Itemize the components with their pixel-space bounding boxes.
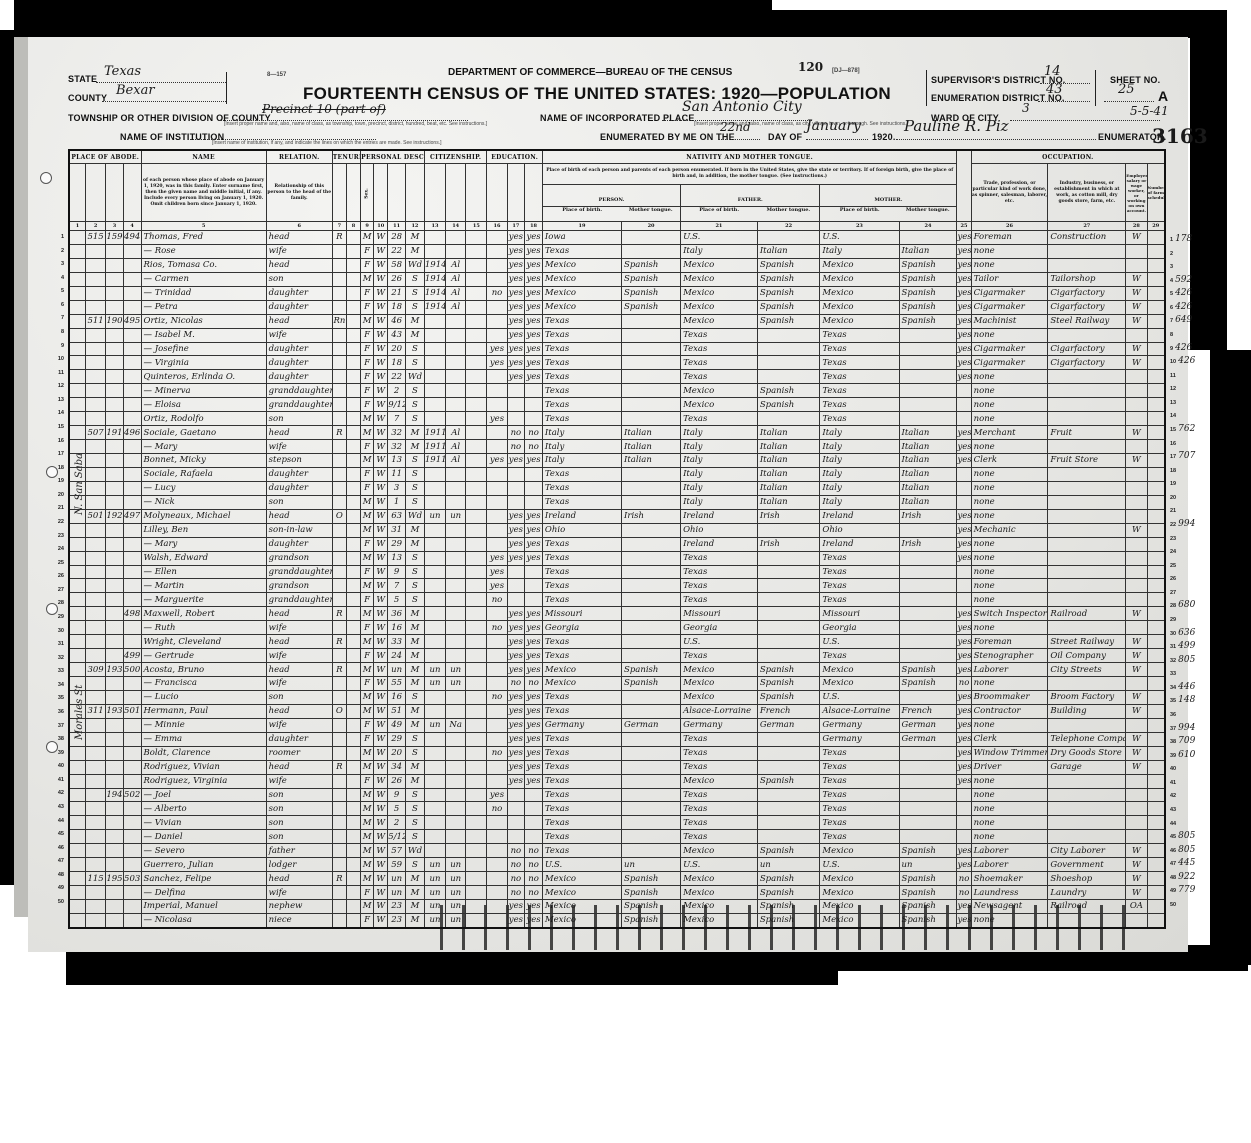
father-tongue-cell xyxy=(757,830,820,844)
naturalization-year-cell xyxy=(466,704,487,718)
father-birthplace-cell: Ireland xyxy=(681,537,758,551)
speaks-english-cell: yes xyxy=(957,231,971,245)
line-number-right: 47445 xyxy=(1170,858,1195,868)
trade-cell: none xyxy=(971,621,1048,635)
house-number-cell xyxy=(86,300,106,314)
tenure-cell: Rn xyxy=(332,314,346,328)
department-title: DEPARTMENT OF COMMERCE—BUREAU OF THE CEN… xyxy=(448,67,732,78)
color-cell: W xyxy=(374,454,388,468)
employer-class-cell xyxy=(1126,440,1147,454)
header-father: FATHER. xyxy=(681,194,819,207)
family-number-cell xyxy=(123,440,141,454)
empty-cell xyxy=(346,704,360,718)
immigration-year-cell: 1914 xyxy=(424,258,445,272)
attended-school-cell: yes xyxy=(487,565,507,579)
line-number-right: 32805 xyxy=(1170,655,1195,665)
person-name-cell: — Severo xyxy=(141,844,266,858)
trade-cell: none xyxy=(971,509,1048,523)
industry-cell xyxy=(1048,788,1126,802)
immigration-year-cell xyxy=(424,551,445,565)
empty-cell xyxy=(1147,621,1165,635)
sex-cell: F xyxy=(361,886,374,900)
speaks-english-cell xyxy=(957,593,971,607)
mother-birthplace-cell: Georgia xyxy=(820,621,899,635)
age-cell: 23 xyxy=(388,913,406,927)
industry-cell: Fruit xyxy=(1048,426,1126,440)
trade-cell: none xyxy=(971,398,1048,412)
relation-cell: head xyxy=(266,314,332,328)
color-cell: W xyxy=(374,244,388,258)
birthplace-cell: Mexico xyxy=(542,272,621,286)
naturalization-year-cell xyxy=(466,746,487,760)
age-cell: 5 xyxy=(388,593,406,607)
employer-class-cell: W xyxy=(1126,663,1147,677)
family-number-cell xyxy=(123,565,141,579)
industry-cell: Fruit Store xyxy=(1048,454,1126,468)
attended-school-cell xyxy=(487,300,507,314)
speaks-english-cell: yes xyxy=(957,760,971,774)
dwelling-number-cell: 192 xyxy=(106,509,124,523)
marital-status-cell: M xyxy=(405,523,424,537)
empty-cell xyxy=(1147,732,1165,746)
father-birthplace-cell: Mexico xyxy=(681,913,758,927)
page-edge-strip xyxy=(14,37,28,917)
person-name-cell: — Emma xyxy=(141,732,266,746)
punch-hole-icon xyxy=(40,172,52,184)
father-tongue-cell: Italian xyxy=(757,440,820,454)
mother-tongue-mother-cell xyxy=(899,774,957,788)
line-number-right-label: 33 xyxy=(1170,671,1176,677)
empty-cell xyxy=(346,286,360,300)
employer-class-cell xyxy=(1126,398,1147,412)
speaks-english-cell: yes xyxy=(957,663,971,677)
marital-status-cell: M xyxy=(405,231,424,245)
trade-cell: none xyxy=(971,802,1048,816)
trade-cell: Tailor xyxy=(971,272,1048,286)
naturalization-year-cell xyxy=(466,231,487,245)
family-number-cell xyxy=(123,300,141,314)
sheet-number-value: 25 xyxy=(1118,82,1135,97)
table-row: — SeverofatherMW57WdnonoTexasMexicoSpani… xyxy=(69,844,1165,858)
birthplace-cell: Mexico xyxy=(542,677,621,691)
line-number-right-label: 27 xyxy=(1170,590,1176,596)
scan-border-top-right xyxy=(772,10,1227,38)
can-write-cell xyxy=(525,593,543,607)
mother-tongue-mother-cell: Italian xyxy=(899,440,957,454)
empty-cell xyxy=(346,886,360,900)
trade-cell: Clerk xyxy=(971,454,1048,468)
mother-tongue-mother-cell xyxy=(899,370,957,384)
empty-cell xyxy=(346,342,360,356)
marital-status-cell: S xyxy=(405,551,424,565)
township-value: Precinct 10 (part of) xyxy=(262,102,386,116)
naturalization-year-cell xyxy=(466,398,487,412)
color-cell: W xyxy=(374,579,388,593)
table-row: — EloisagranddaughterFW9/12STexasMexicoS… xyxy=(69,398,1165,412)
mother-birthplace-cell: Germany xyxy=(820,718,899,732)
speaks-english-cell: yes xyxy=(957,635,971,649)
birthplace-cell: Texas xyxy=(542,328,621,342)
line-number-left: 26 xyxy=(54,573,64,579)
marital-status-cell: Wd xyxy=(405,844,424,858)
house-number-cell xyxy=(86,690,106,704)
mother-tongue-cell xyxy=(622,384,681,398)
industry-cell: Railroad xyxy=(1048,607,1126,621)
line-number-right-label: 12 xyxy=(1170,386,1176,392)
empty-cell xyxy=(1147,900,1165,914)
incorporated-place-value: San Antonio City xyxy=(682,99,802,115)
line-number-right-label: 18 xyxy=(1170,468,1176,474)
trade-cell: none xyxy=(971,788,1048,802)
occupation-code: 592 xyxy=(1175,275,1192,285)
dwelling-number-cell xyxy=(106,328,124,342)
line-number-left: 46 xyxy=(54,845,64,851)
line-number-right: 15762 xyxy=(1170,424,1195,434)
father-birthplace-cell: Italy xyxy=(681,440,758,454)
father-birthplace-cell: Texas xyxy=(681,732,758,746)
empty-cell xyxy=(346,523,360,537)
line-number-right: 34446 xyxy=(1170,682,1195,692)
immigration-year-cell: un xyxy=(424,872,445,886)
birthplace-cell: Texas xyxy=(542,495,621,509)
mother-birthplace-cell: U.S. xyxy=(820,690,899,704)
color-cell: W xyxy=(374,830,388,844)
industry-cell xyxy=(1048,593,1126,607)
can-write-cell xyxy=(525,467,543,481)
person-name-cell: — Delfina xyxy=(141,886,266,900)
relation-cell: wife xyxy=(266,328,332,342)
mother-birthplace-cell: U.S. xyxy=(820,858,899,872)
empty-cell xyxy=(1147,830,1165,844)
marital-status-cell: M xyxy=(405,872,424,886)
industry-cell xyxy=(1048,495,1126,509)
immigration-year-cell: un xyxy=(424,509,445,523)
mother-tongue-cell xyxy=(622,231,681,245)
header-occupation: OCCUPATION. xyxy=(971,150,1165,164)
industry-cell: Cigarfactory xyxy=(1048,286,1126,300)
employer-class-cell xyxy=(1126,537,1147,551)
empty-cell xyxy=(1147,509,1165,523)
relation-cell: wife xyxy=(266,440,332,454)
naturalization-year-cell xyxy=(466,872,487,886)
industry-cell xyxy=(1048,440,1126,454)
can-write-cell: yes xyxy=(525,649,543,663)
father-tongue-cell: Irish xyxy=(757,509,820,523)
relation-cell: head xyxy=(266,663,332,677)
mother-tongue-cell xyxy=(622,830,681,844)
birthplace-cell: Texas xyxy=(542,760,621,774)
attended-school-cell xyxy=(487,537,507,551)
trade-cell: Window Trimmer xyxy=(971,746,1048,760)
mother-tongue-mother-cell: Spanish xyxy=(899,872,957,886)
relation-cell: daughter xyxy=(266,356,332,370)
can-read-cell: yes xyxy=(507,913,525,927)
birthplace-cell: Mexico xyxy=(542,258,621,272)
color-cell: W xyxy=(374,258,388,272)
relation-cell: son xyxy=(266,816,332,830)
tenure-cell xyxy=(332,746,346,760)
industry-cell xyxy=(1048,244,1126,258)
father-tongue-cell: Italian xyxy=(757,454,820,468)
color-cell: W xyxy=(374,607,388,621)
empty-cell xyxy=(1147,454,1165,468)
mother-tongue-mother-cell xyxy=(899,384,957,398)
father-tongue-cell xyxy=(757,649,820,663)
color-cell: W xyxy=(374,495,388,509)
attended-school-cell: no xyxy=(487,690,507,704)
age-cell: 23 xyxy=(388,900,406,914)
father-tongue-cell: Spanish xyxy=(757,258,820,272)
attended-school-cell xyxy=(487,467,507,481)
table-row: — EmmadaughterFW29SyesyesTexasTexasGerma… xyxy=(69,732,1165,746)
house-number-cell xyxy=(86,858,106,872)
relation-cell: head xyxy=(266,426,332,440)
trade-cell: none xyxy=(971,481,1048,495)
industry-cell xyxy=(1048,481,1126,495)
empty-cell xyxy=(1147,802,1165,816)
empty-cell xyxy=(346,788,360,802)
table-row: Rodriguez, VivianheadRMW34MyesyesTexasTe… xyxy=(69,760,1165,774)
mother-tongue-cell: Spanish xyxy=(622,913,681,927)
marital-status-cell: M xyxy=(405,718,424,732)
family-number-cell: 496 xyxy=(123,426,141,440)
person-name-cell: Thomas, Fred xyxy=(141,231,266,245)
color-cell: W xyxy=(374,802,388,816)
column-number: 8 xyxy=(346,222,360,231)
trade-cell: none xyxy=(971,774,1048,788)
line-number-left: 34 xyxy=(54,682,64,688)
line-number-right-label: 10 xyxy=(1170,359,1176,365)
mother-tongue-mother-cell xyxy=(899,342,957,356)
marital-status-cell: S xyxy=(405,732,424,746)
family-number-cell xyxy=(123,816,141,830)
sex-cell: F xyxy=(361,328,374,342)
color-cell: W xyxy=(374,384,388,398)
dj-code: [DJ—878] xyxy=(832,68,860,74)
speaks-english-cell xyxy=(957,467,971,481)
line-number-right: 12 xyxy=(1170,383,1178,393)
can-write-cell: yes xyxy=(525,774,543,788)
father-tongue-cell xyxy=(757,746,820,760)
immigration-year-cell xyxy=(424,398,445,412)
line-number-left: 48 xyxy=(54,872,64,878)
attended-school-cell: yes xyxy=(487,356,507,370)
father-tongue-cell xyxy=(757,635,820,649)
family-number-cell xyxy=(123,258,141,272)
age-cell: 28 xyxy=(388,231,406,245)
immigration-year-cell xyxy=(424,314,445,328)
mother-tongue-mother-cell: Spanish xyxy=(899,272,957,286)
empty-cell xyxy=(346,830,360,844)
age-cell: 49 xyxy=(388,718,406,732)
header-house-number: House number or farm, etc. xyxy=(86,164,106,222)
birthplace-cell: Mexico xyxy=(542,663,621,677)
line-number-right: 21 xyxy=(1170,505,1178,515)
line-number-left: 50 xyxy=(54,899,64,905)
age-cell: 36 xyxy=(388,607,406,621)
birthplace-cell: Texas xyxy=(542,774,621,788)
mother-birthplace-cell: Alsace-Lorraine xyxy=(820,704,899,718)
speaks-english-cell xyxy=(957,398,971,412)
person-name-cell: — Nick xyxy=(141,495,266,509)
naturalized-cell: Al xyxy=(446,426,466,440)
naturalization-year-cell xyxy=(466,244,487,258)
mother-birthplace-cell: Mexico xyxy=(820,900,899,914)
header-mother-group: MOTHER. Place of birth.Mother tongue. xyxy=(820,185,957,222)
column-number: 10 xyxy=(374,222,388,231)
header-father-group: FATHER. Place of birth.Mother tongue. xyxy=(681,185,820,222)
empty-cell xyxy=(69,286,86,300)
trade-cell: none xyxy=(971,328,1048,342)
trade-cell: Driver xyxy=(971,760,1048,774)
family-number-cell xyxy=(123,286,141,300)
empty-cell xyxy=(69,690,86,704)
line-number-right: 24 xyxy=(1170,546,1178,556)
empty-cell xyxy=(69,886,86,900)
empty-cell xyxy=(346,802,360,816)
line-number-left: 31 xyxy=(54,641,64,647)
line-number-left: 45 xyxy=(54,831,64,837)
mother-tongue-mother-cell xyxy=(899,579,957,593)
can-write-cell: yes xyxy=(525,746,543,760)
employer-class-cell xyxy=(1126,621,1147,635)
immigration-year-cell xyxy=(424,802,445,816)
empty-cell xyxy=(69,649,86,663)
line-number-right-label: 28 xyxy=(1170,603,1176,609)
dwelling-number-cell: 195 xyxy=(106,872,124,886)
empty-cell xyxy=(69,718,86,732)
naturalized-cell: un xyxy=(446,900,466,914)
family-number-cell xyxy=(123,690,141,704)
empty-cell xyxy=(1147,356,1165,370)
house-number-cell xyxy=(86,342,106,356)
empty-cell xyxy=(69,593,86,607)
immigration-year-cell xyxy=(424,565,445,579)
line-number-right: 14 xyxy=(1170,410,1178,420)
empty-cell xyxy=(69,328,86,342)
empty-cell xyxy=(1147,467,1165,481)
empty-cell xyxy=(1147,426,1165,440)
color-cell: W xyxy=(374,900,388,914)
house-number-cell xyxy=(86,398,106,412)
birthplace-cell: Texas xyxy=(542,802,621,816)
color-cell: W xyxy=(374,621,388,635)
person-name-cell: — Mary xyxy=(141,537,266,551)
dwelling-number-cell: 190 xyxy=(106,314,124,328)
immigration-year-cell: un xyxy=(424,913,445,927)
line-number-right-label: 7 xyxy=(1170,318,1173,324)
line-number-right: 30636 xyxy=(1170,628,1195,638)
tenure-cell xyxy=(332,593,346,607)
mother-birthplace-cell: Texas xyxy=(820,746,899,760)
trade-cell: Cigarmaker xyxy=(971,286,1048,300)
naturalized-cell: Al xyxy=(446,454,466,468)
employer-class-cell: W xyxy=(1126,454,1147,468)
empty-cell xyxy=(346,746,360,760)
mother-tongue-mother-cell: Italian xyxy=(899,481,957,495)
state-label: STATE xyxy=(68,74,97,84)
can-write-cell: yes xyxy=(525,370,543,384)
trade-cell: none xyxy=(971,593,1048,607)
immigration-year-cell xyxy=(424,649,445,663)
father-birthplace-cell: U.S. xyxy=(681,858,758,872)
can-write-cell: yes xyxy=(525,286,543,300)
immigration-year-cell xyxy=(424,690,445,704)
color-cell: W xyxy=(374,732,388,746)
trade-cell: none xyxy=(971,537,1048,551)
occupation-code: 779 xyxy=(1178,885,1195,895)
naturalization-year-cell xyxy=(466,663,487,677)
birthplace-cell: Italy xyxy=(542,440,621,454)
header-place-of-abode: PLACE OF ABODE. xyxy=(69,150,141,164)
birthplace-cell: Mexico xyxy=(542,286,621,300)
naturalization-year-cell xyxy=(466,913,487,927)
house-number-cell xyxy=(86,328,106,342)
father-tongue-cell xyxy=(757,593,820,607)
color-cell: W xyxy=(374,356,388,370)
immigration-year-cell xyxy=(424,844,445,858)
empty-cell xyxy=(1147,495,1165,509)
sex-cell: F xyxy=(361,732,374,746)
line-number-left: 15 xyxy=(54,424,64,430)
frame-number: 3163 xyxy=(1152,124,1208,148)
can-read-cell: no xyxy=(507,677,525,691)
birthplace-cell: Texas xyxy=(542,816,621,830)
line-number-left: 18 xyxy=(54,465,64,471)
age-cell: 20 xyxy=(388,342,406,356)
family-number-cell: 501 xyxy=(123,704,141,718)
father-tongue-cell: Spanish xyxy=(757,677,820,691)
naturalization-year-cell xyxy=(466,481,487,495)
mother-birthplace-cell: Texas xyxy=(820,593,899,607)
line-number-right: 42 xyxy=(1170,790,1178,800)
family-number-cell xyxy=(123,774,141,788)
relation-cell: daughter xyxy=(266,732,332,746)
mother-tongue-cell: Spanish xyxy=(622,272,681,286)
tenure-cell xyxy=(332,398,346,412)
father-birthplace-cell: Italy xyxy=(681,454,758,468)
can-write-cell xyxy=(525,398,543,412)
person-name-cell: — Francisca xyxy=(141,677,266,691)
birthplace-cell: Texas xyxy=(542,704,621,718)
supervisor-district-value: 14 xyxy=(1044,64,1061,79)
line-number-right-label: 20 xyxy=(1170,495,1176,501)
occupation-code: 994 xyxy=(1178,519,1195,529)
header-employer-class: Employer, salary or wage worker, or work… xyxy=(1126,164,1147,222)
sex-cell: F xyxy=(361,440,374,454)
tenure-cell xyxy=(332,621,346,635)
line-number-right: 48922 xyxy=(1170,872,1195,882)
line-number-right-label: 44 xyxy=(1170,821,1176,827)
speaks-english-cell xyxy=(957,412,971,426)
line-number-right-label: 46 xyxy=(1170,848,1176,854)
dwelling-number-cell xyxy=(106,440,124,454)
marital-status-cell: M xyxy=(405,760,424,774)
tenure-cell xyxy=(332,454,346,468)
header-personal-description: PERSONAL DESCRIPTION. xyxy=(361,150,425,164)
line-number-right: 16 xyxy=(1170,438,1178,448)
immigration-year-cell xyxy=(424,816,445,830)
father-birthplace-cell: Mexico xyxy=(681,272,758,286)
can-read-cell: yes xyxy=(507,286,525,300)
birthplace-cell: U.S. xyxy=(542,858,621,872)
tenure-cell xyxy=(332,886,346,900)
line-number-right: 18 xyxy=(1170,465,1178,475)
sex-cell: F xyxy=(361,300,374,314)
occupation-code: 762 xyxy=(1178,424,1195,434)
empty-cell xyxy=(1147,244,1165,258)
naturalized-cell xyxy=(446,314,466,328)
